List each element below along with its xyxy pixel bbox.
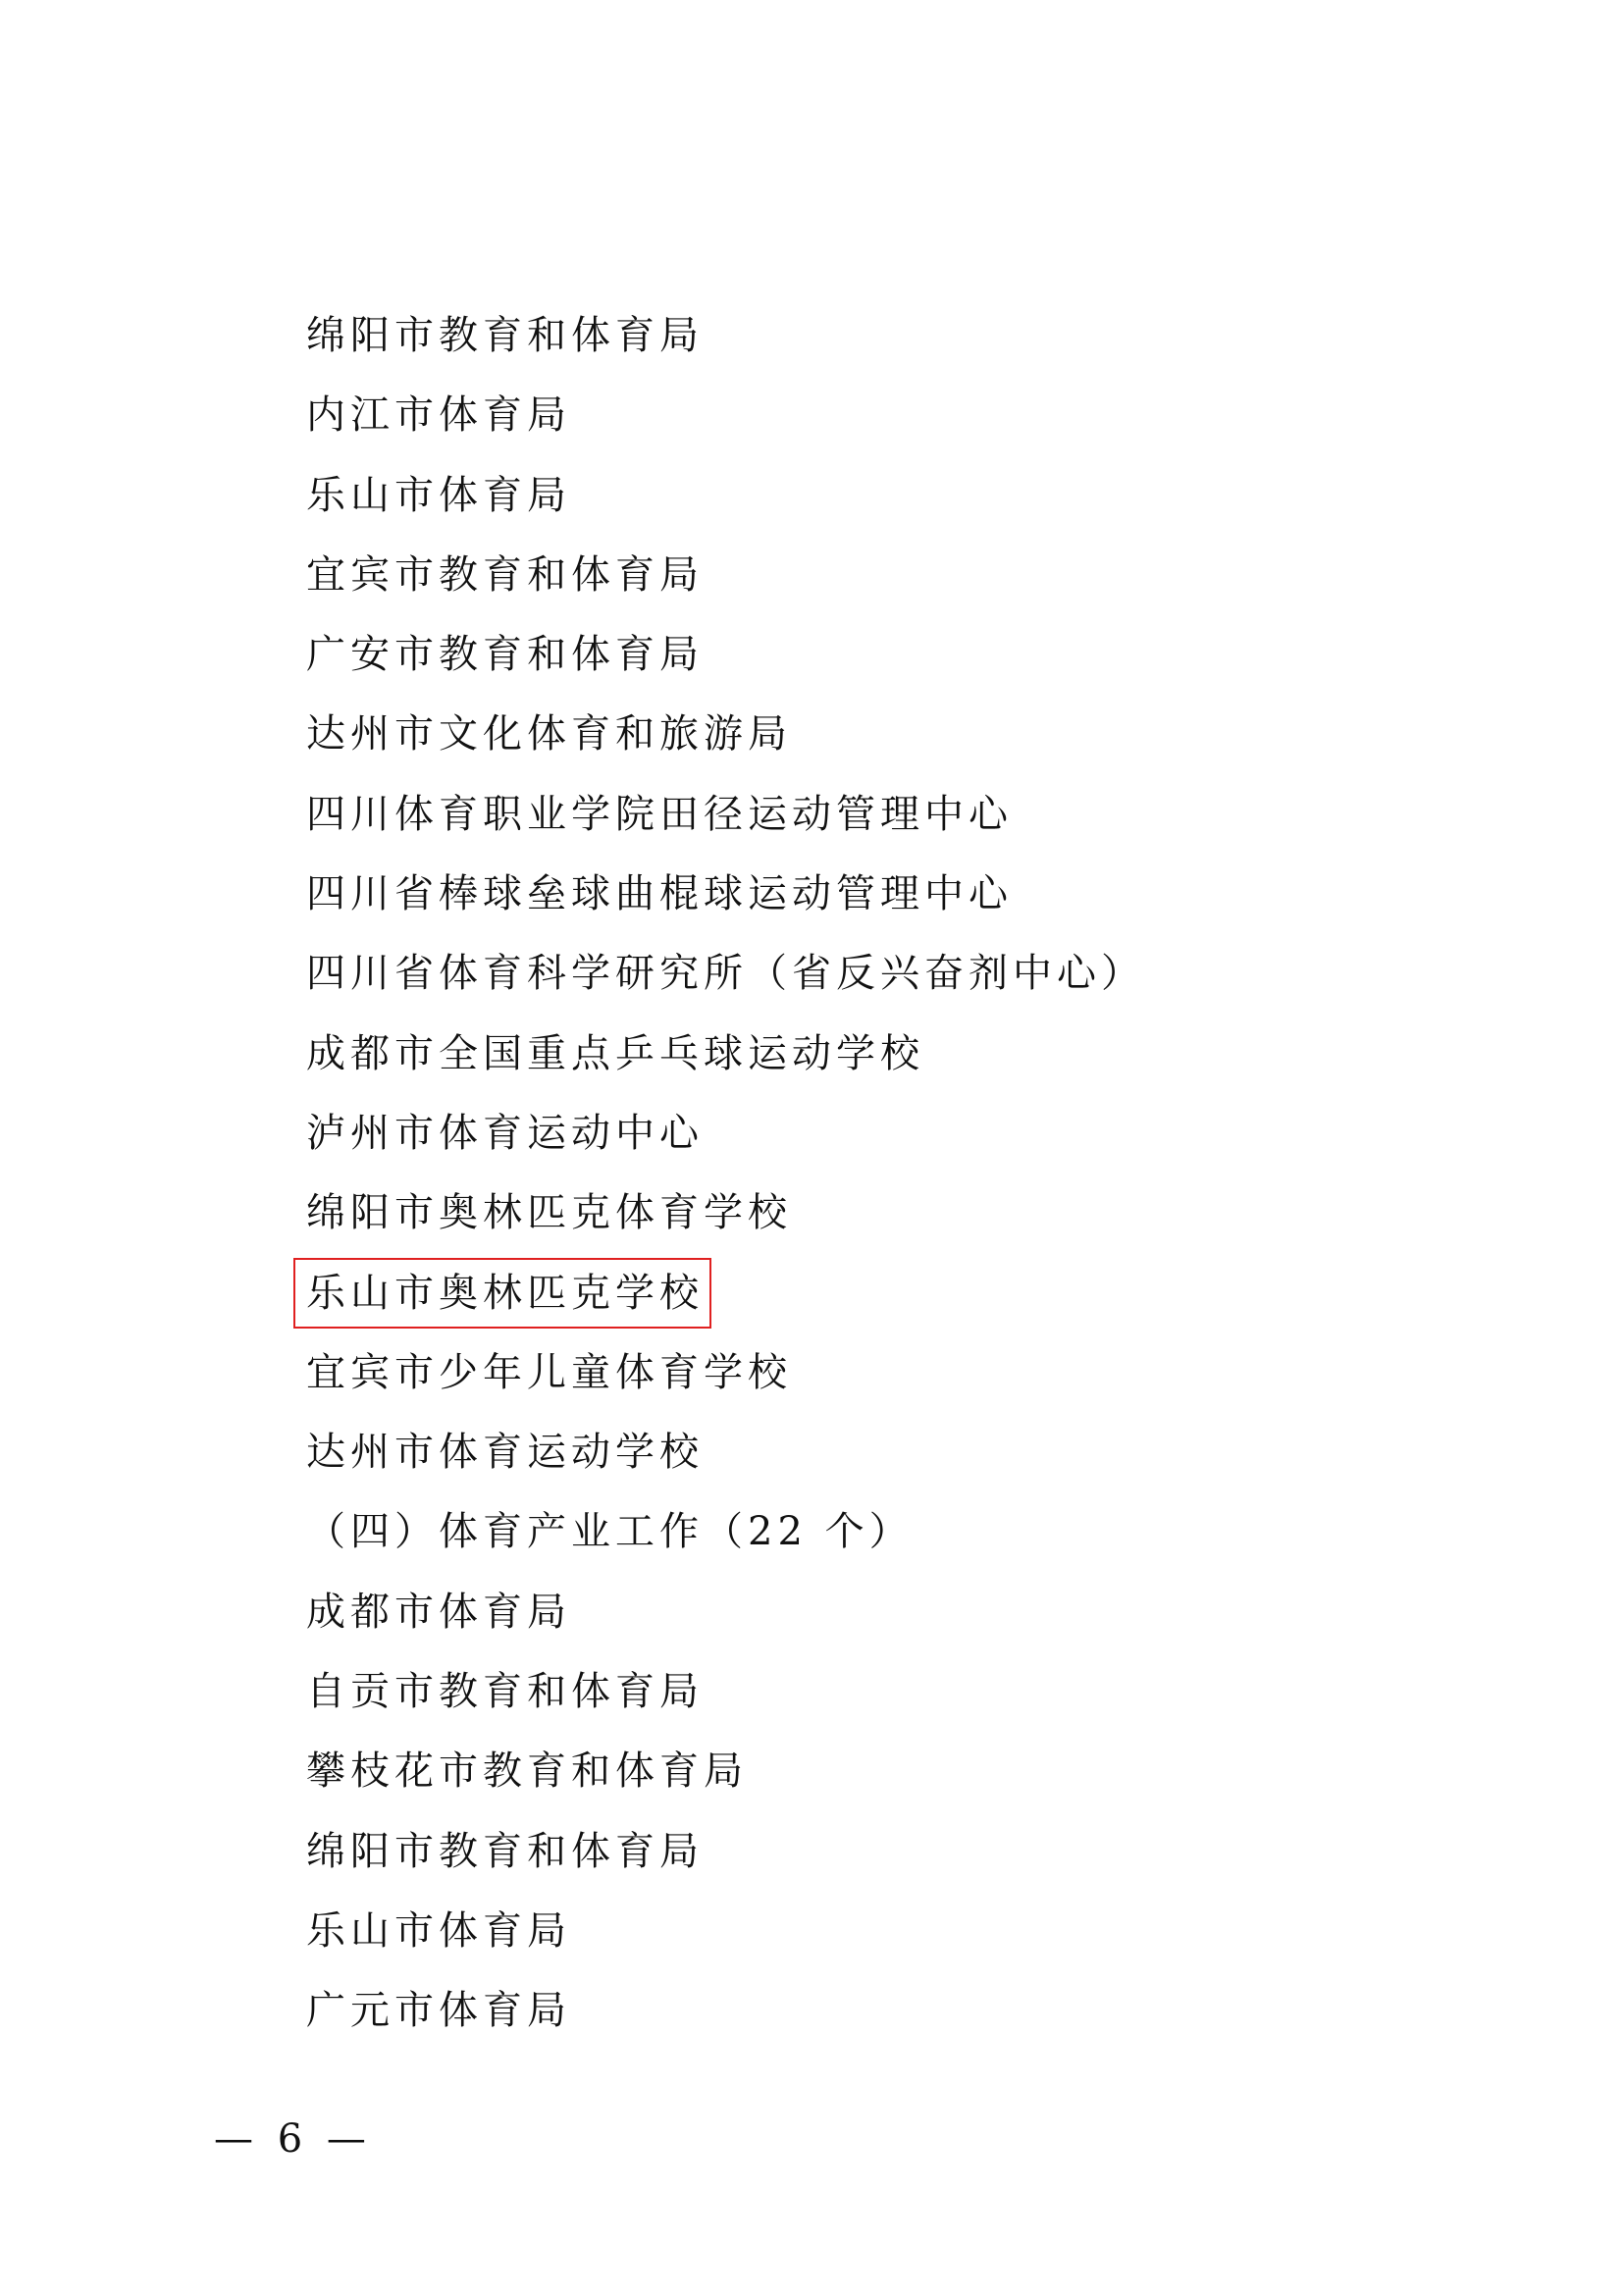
document-page: 绵阳市教育和体育局 内江市体育局 乐山市体育局 宜宾市教育和体育局 广安市教育和… xyxy=(0,0,1624,2296)
list-item: 绵阳市教育和体育局 xyxy=(306,1822,1145,1902)
list-item: 泸州市体育运动中心 xyxy=(306,1104,1145,1183)
page-number: — 6 — xyxy=(214,2110,372,2168)
list-item: 广元市体育局 xyxy=(306,1981,1145,2061)
list-item: 乐山市体育局 xyxy=(306,466,1145,546)
list-item: 成都市全国重点乒乓球运动学校 xyxy=(306,1024,1145,1104)
list-item: 乐山市体育局 xyxy=(306,1902,1145,1981)
list-item: 绵阳市奥林匹克体育学校 xyxy=(306,1183,1145,1263)
section-heading: （四）体育产业工作（22 个） xyxy=(306,1502,1145,1582)
list-item: 达州市文化体育和旅游局 xyxy=(306,704,1145,784)
list-item: 宜宾市少年儿童体育学校 xyxy=(306,1343,1145,1423)
list-item: 四川省棒球垒球曲棍球运动管理中心 xyxy=(306,864,1145,944)
list-item: 四川体育职业学院田径运动管理中心 xyxy=(306,785,1145,864)
list-item: 宜宾市教育和体育局 xyxy=(306,546,1145,625)
organization-list: 绵阳市教育和体育局 内江市体育局 乐山市体育局 宜宾市教育和体育局 广安市教育和… xyxy=(306,306,1145,2061)
list-item: 达州市体育运动学校 xyxy=(306,1423,1145,1502)
list-item: 广安市教育和体育局 xyxy=(306,625,1145,704)
highlighted-list-item: 乐山市奥林匹克学校 xyxy=(306,1264,1145,1343)
list-item: 攀枝花市教育和体育局 xyxy=(306,1742,1145,1821)
list-item: 内江市体育局 xyxy=(306,386,1145,465)
list-item: 成都市体育局 xyxy=(306,1583,1145,1662)
list-item: 四川省体育科学研究所（省反兴奋剂中心） xyxy=(306,944,1145,1023)
list-item: 绵阳市教育和体育局 xyxy=(306,306,1145,386)
list-item: 自贡市教育和体育局 xyxy=(306,1662,1145,1742)
